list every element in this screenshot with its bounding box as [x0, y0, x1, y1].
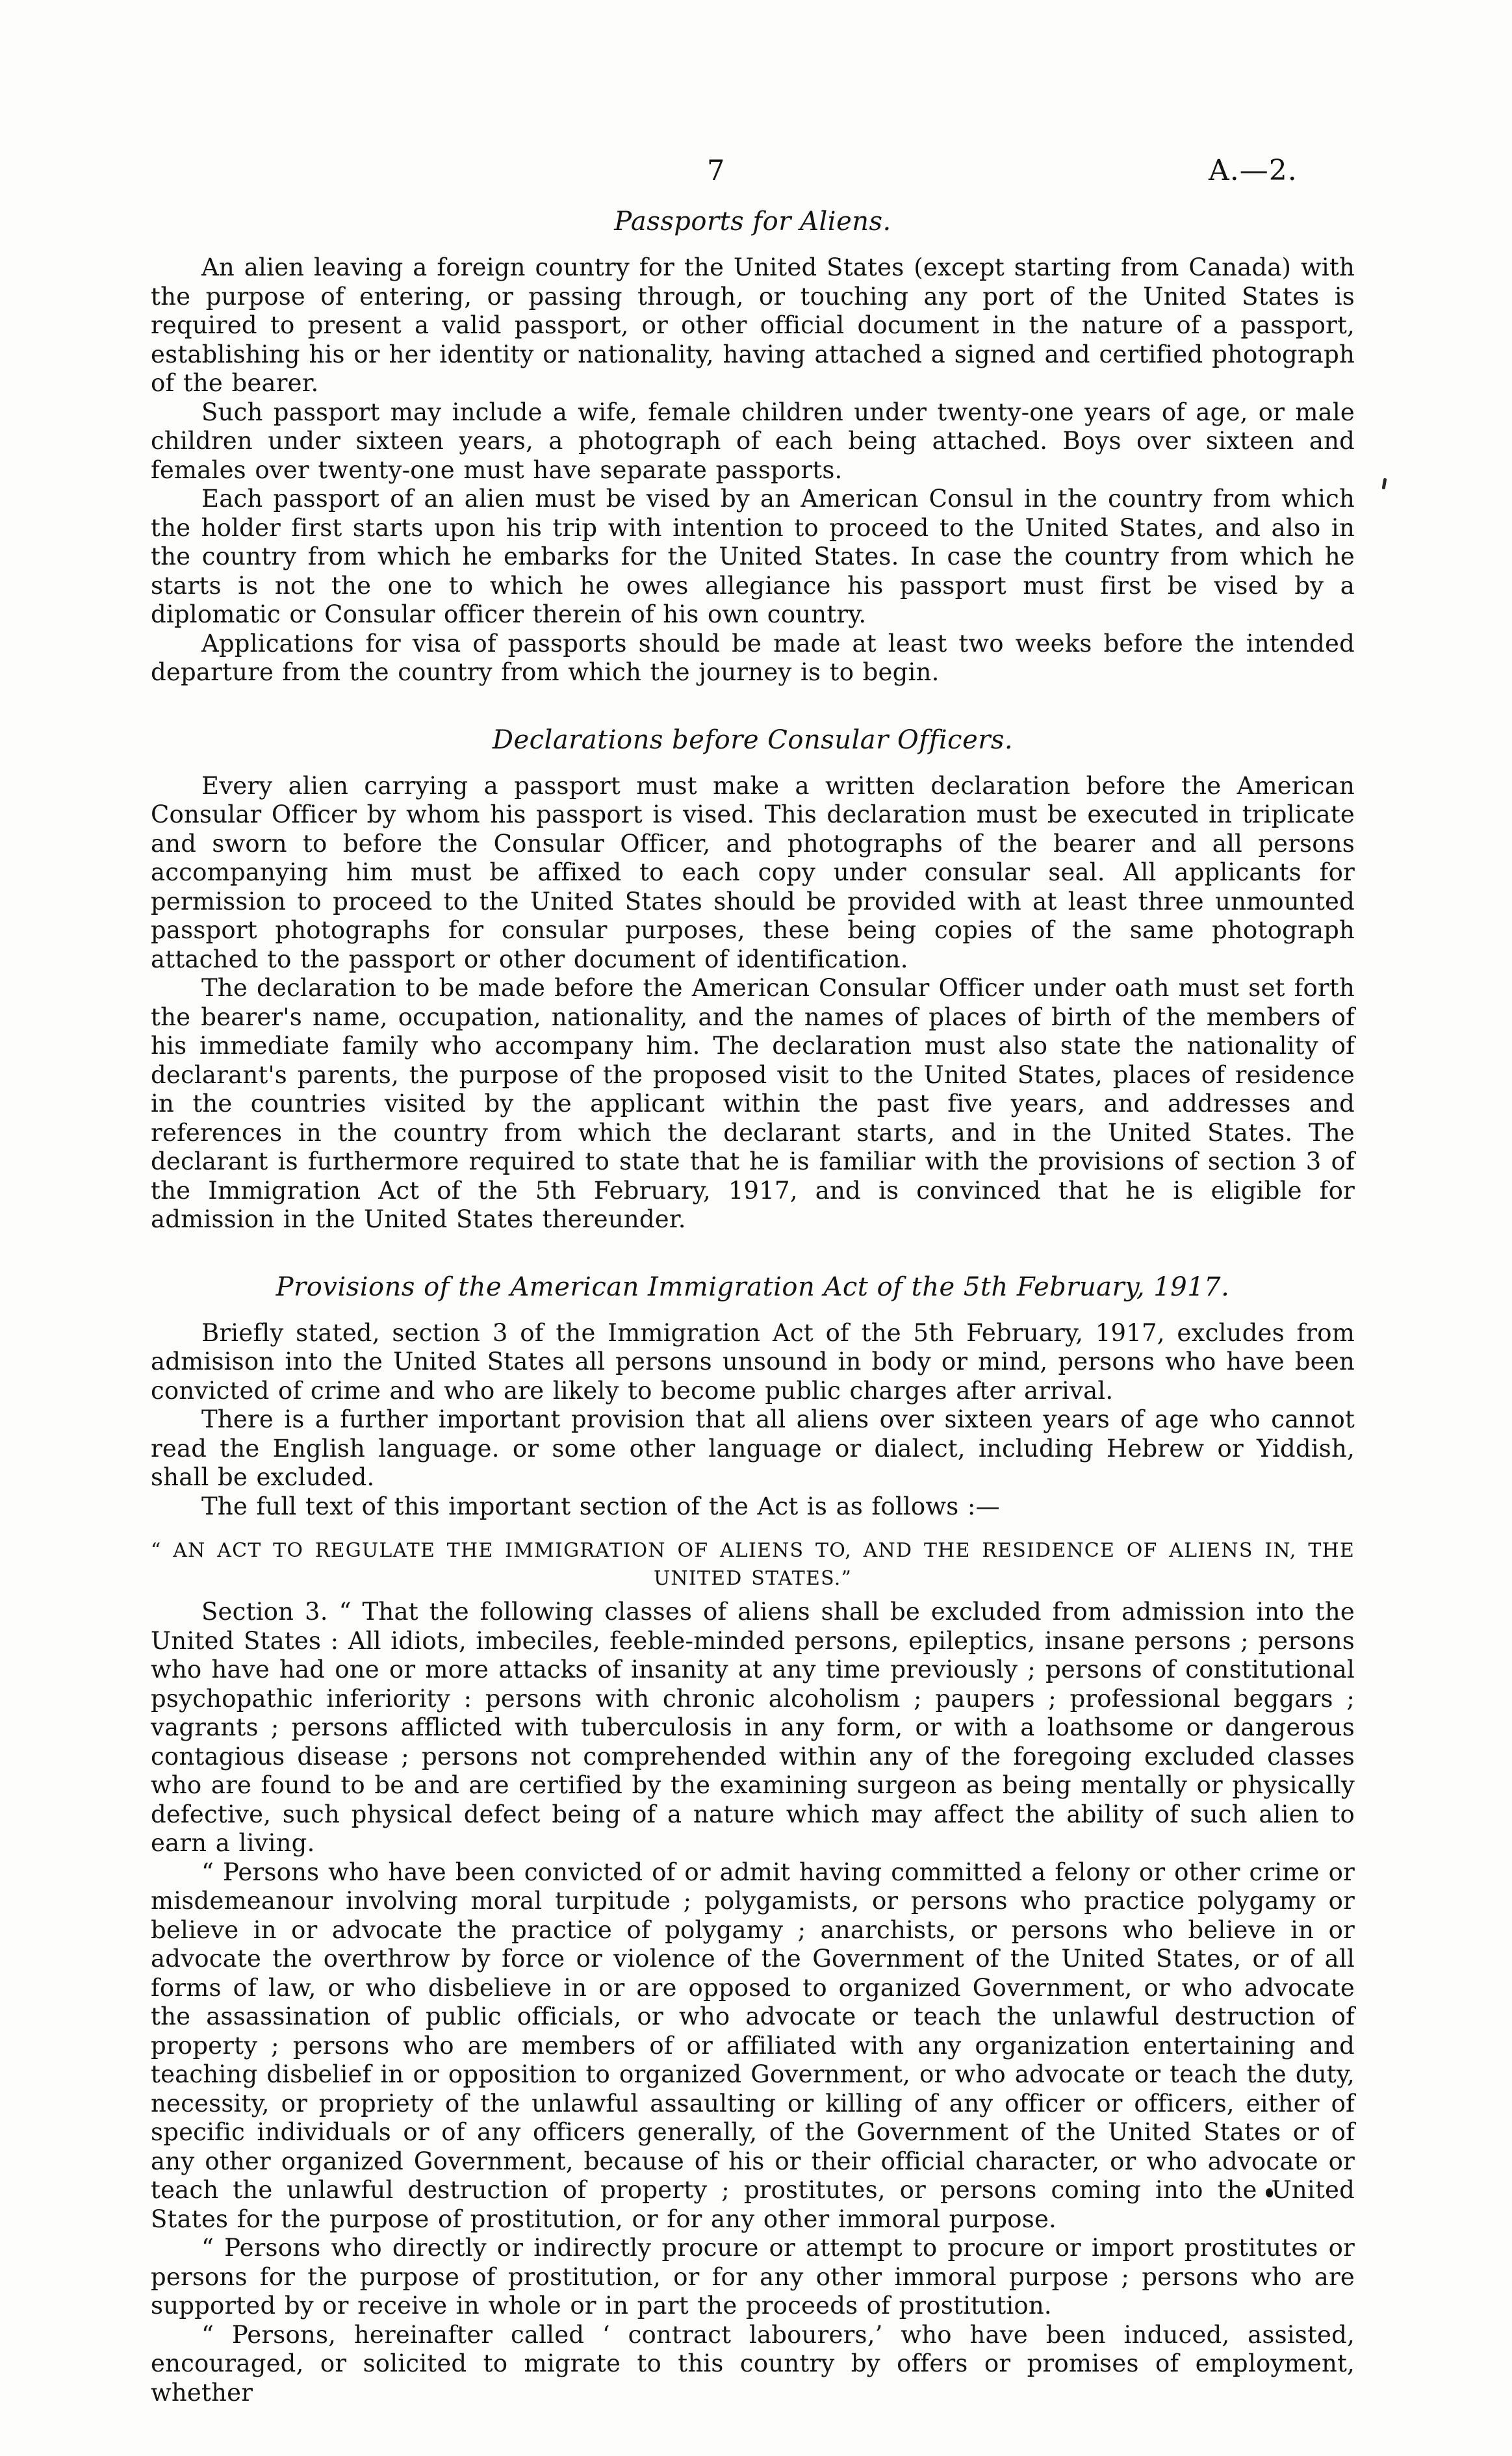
paragraph: The full text of this important section …: [151, 1492, 1355, 1522]
paragraph: Every alien carrying a passport must mak…: [151, 772, 1355, 975]
document-page: 7 A.—2. Passports for Aliens. An alien l…: [0, 0, 1512, 2456]
paragraph: There is a further important provision t…: [151, 1405, 1355, 1492]
section-declarations-before-consular-officers: Declarations before Consular Officers. E…: [151, 725, 1355, 1234]
act-paragraph: Section 3. “ That the following classes …: [151, 1598, 1355, 1858]
paragraph: Such passport may include a wife, female…: [151, 398, 1355, 485]
act-paragraph: “ Persons, hereinafter called ‘ contract…: [151, 2321, 1355, 2408]
paragraph: Briefly stated, section 3 of the Immigra…: [151, 1319, 1355, 1406]
paragraph: An alien leaving a foreign country for t…: [151, 253, 1355, 398]
running-head: 7 A.—2.: [151, 155, 1355, 191]
paragraph: Each passport of an alien must be vised …: [151, 485, 1355, 630]
act-paragraph: “ Persons who have been convicted of or …: [151, 1858, 1355, 2234]
print-artifact-dot: [1266, 2188, 1273, 2197]
paragraph: Applications for visa of passports shoul…: [151, 630, 1355, 687]
section-heading-passports-for-aliens: Passports for Aliens.: [151, 207, 1355, 237]
act-title: “ AN ACT TO REGULATE THE IMMIGRATION OF …: [151, 1537, 1355, 1593]
document-reference: A.—2.: [1209, 155, 1298, 187]
section-provisions-immigration-act: Provisions of the American Immigration A…: [151, 1272, 1355, 2408]
paragraph: The declaration to be made before the Am…: [151, 974, 1355, 1234]
page-content: Passports for Aliens. An alien leaving a…: [151, 195, 1355, 2407]
section-passports-for-aliens: Passports for Aliens. An alien leaving a…: [151, 207, 1355, 687]
act-paragraph: “ Persons who directly or indirectly pro…: [151, 2234, 1355, 2321]
print-artifact-tick: [1382, 478, 1387, 490]
section-heading-provisions: Provisions of the American Immigration A…: [151, 1272, 1355, 1302]
section-heading-declarations: Declarations before Consular Officers.: [151, 725, 1355, 755]
page-number: 7: [707, 155, 724, 187]
